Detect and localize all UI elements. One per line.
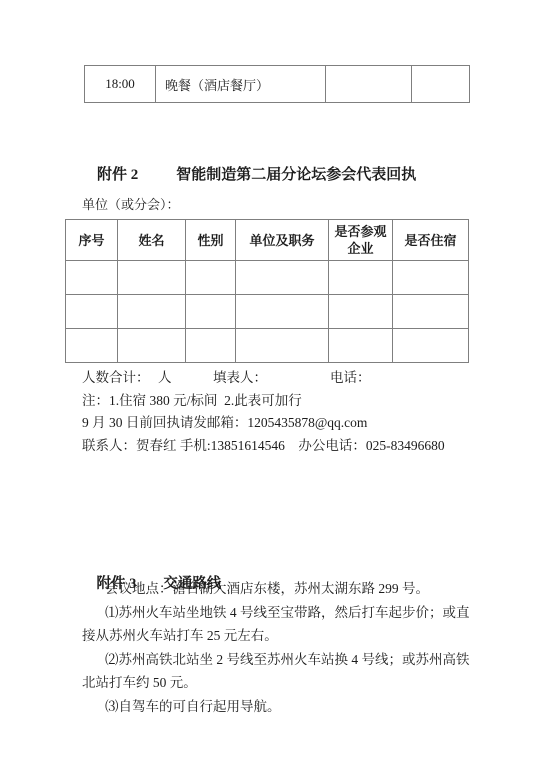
empty-cell [186,295,236,329]
empty-cell [329,295,393,329]
attachment2-heading: 附件 2智能制造第二届分论坛参会代表回执 [82,146,416,201]
empty-cell [186,261,236,295]
header-cell-name: 姓名 [118,220,186,261]
reply-table-empty-row [66,295,469,329]
empty-cell [66,295,118,329]
header-cell-unit-title: 单位及职务 [236,220,329,261]
empty-cell [118,329,186,363]
empty-cell [329,261,393,295]
reply-table: 序号 姓名 性别 单位及职务 是否参观企业 是否住宿 [65,219,469,363]
document-page: 18:00 晚餐（酒店餐厅） 附件 2智能制造第二届分论坛参会代表回执 单位（或… [0,0,553,783]
filler-label: 填表人： [213,366,267,386]
header-cell-lodging: 是否住宿 [393,220,469,261]
empty-cell [118,261,186,295]
route-3-paragraph: ⑶自驾车的可自行起用导航。 [82,695,476,719]
empty-cell [393,261,469,295]
schedule-table: 18:00 晚餐（酒店餐厅） [84,65,470,103]
summary-line: 人数合计： 人 填表人： 电话： [82,366,482,384]
route-2-paragraph: ⑵苏州高铁北站坐 2 号线至苏州火车站换 4 号线；或苏州高铁北站打车约 50 … [82,648,476,695]
empty-cell [236,295,329,329]
meeting-location-paragraph: 会议地点：澹台湖大酒店东楼，苏州太湖东路 299 号。 [82,577,476,601]
empty-cell [236,261,329,295]
transport-directions: 会议地点：澹台湖大酒店东楼，苏州太湖东路 299 号。 ⑴苏州火车站坐地铁 4 … [82,577,476,718]
header-cell-index: 序号 [66,220,118,261]
empty-cell [186,329,236,363]
header-cell-gender: 性别 [186,220,236,261]
reply-table-empty-row [66,329,469,363]
schedule-time-cell: 18:00 [85,66,156,103]
empty-cell [118,295,186,329]
empty-cell [393,295,469,329]
phone-label: 电话： [330,366,371,386]
people-unit-label: 人 [158,366,172,386]
attachment2-title: 智能制造第二届分论坛参会代表回执 [176,167,416,183]
email-line: 9 月 30 日前回执请发邮箱：1205435878@qq.com [82,411,367,429]
reply-table-header-row: 序号 姓名 性别 单位及职务 是否参观企业 是否住宿 [66,220,469,261]
header-cell-visit: 是否参观企业 [329,220,393,261]
contact-line: 联系人：贺春红 手机:13851614546 办公电话：025-83496680 [82,434,445,452]
attachment2-label: 附件 2 [97,167,138,183]
schedule-empty-cell [326,66,412,103]
schedule-empty-cell [412,66,470,103]
unit-label-line: 单位（或分会）： [82,194,180,213]
reply-table-empty-row [66,261,469,295]
empty-cell [393,329,469,363]
empty-cell [66,261,118,295]
people-total-label: 人数合计： [82,366,150,386]
empty-cell [236,329,329,363]
empty-cell [329,329,393,363]
route-1-paragraph: ⑴苏州火车站坐地铁 4 号线至宝带路，然后打车起步价；或直接从苏州火车站打车 2… [82,601,476,648]
empty-cell [66,329,118,363]
schedule-row: 18:00 晚餐（酒店餐厅） [85,66,470,103]
schedule-event-cell: 晚餐（酒店餐厅） [156,66,326,103]
note-line: 注：1.住宿 380 元/标间 2.此表可加行 [82,389,302,407]
